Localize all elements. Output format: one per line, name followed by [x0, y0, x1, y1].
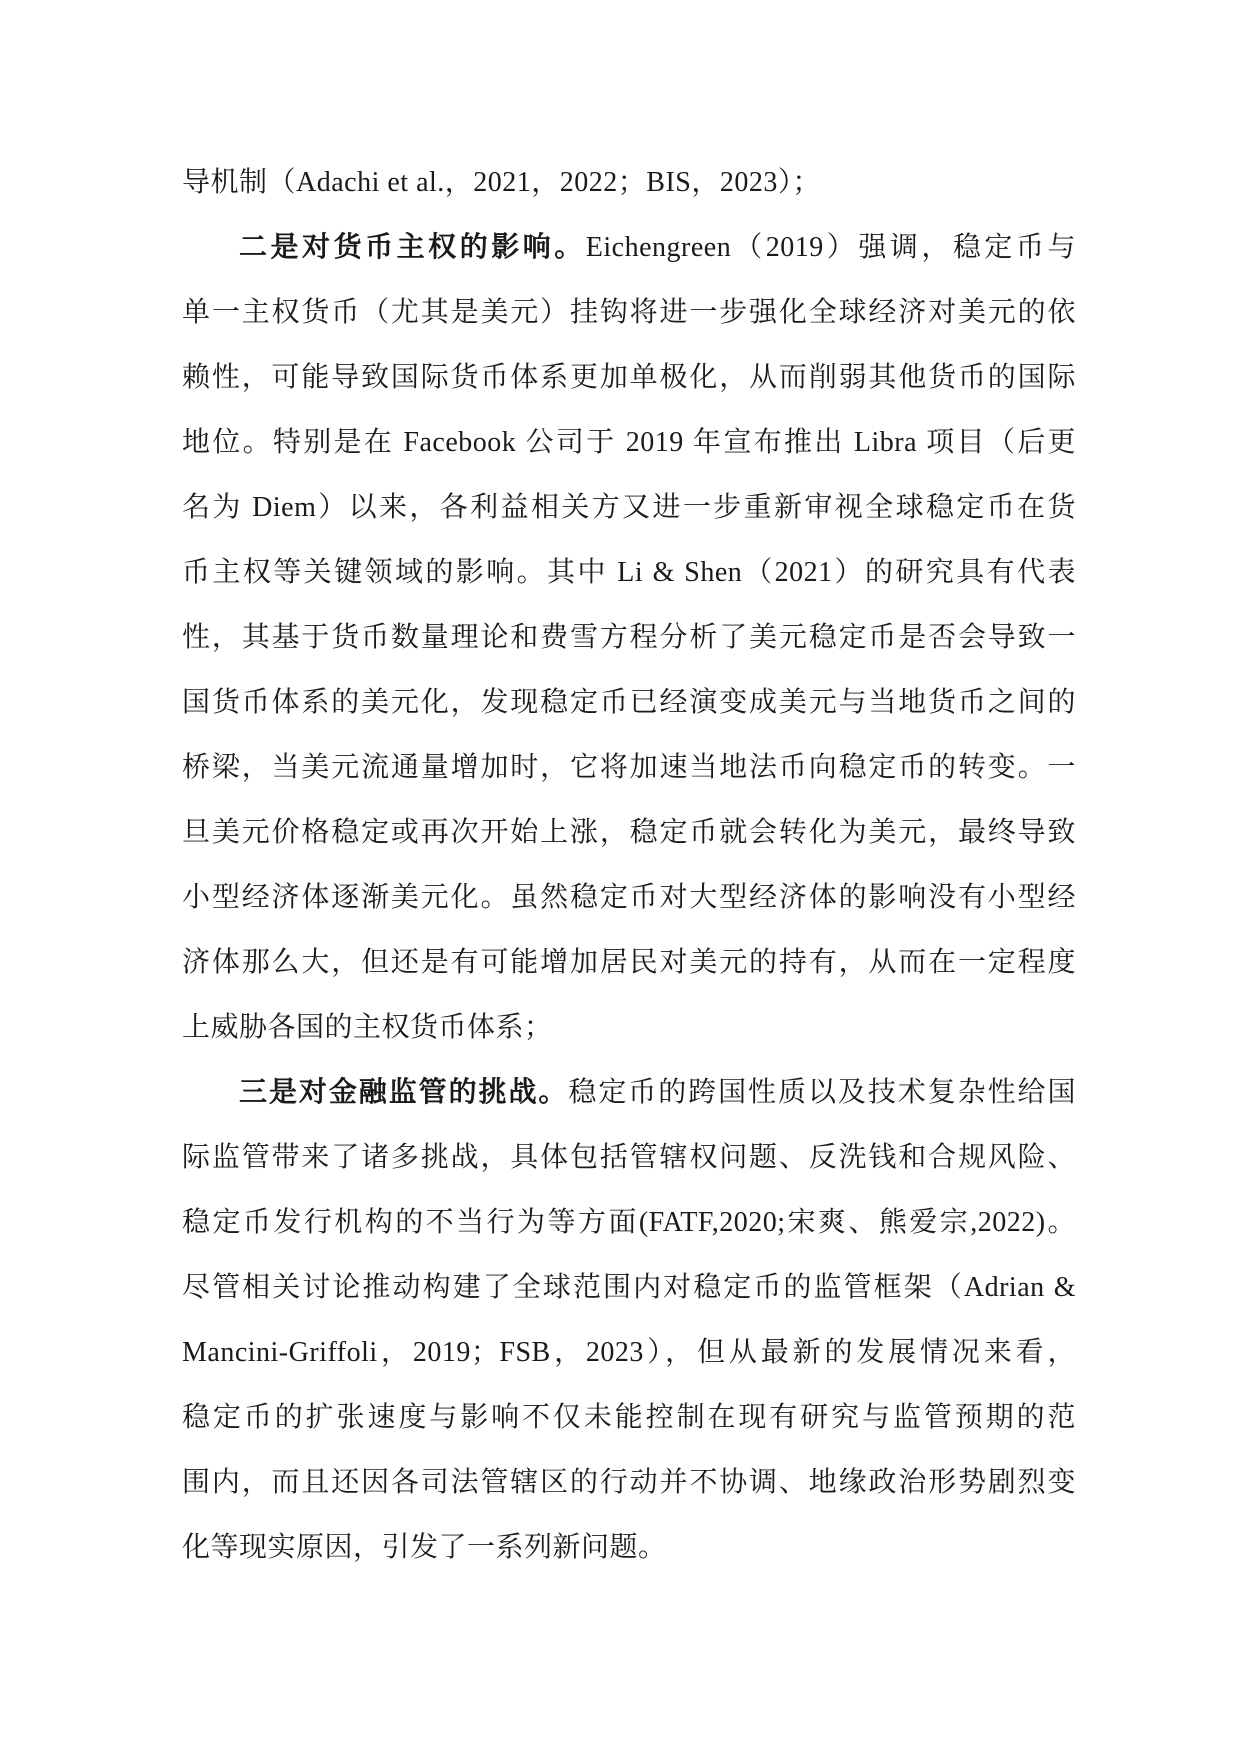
line-text: 性，其基于货币数量理论和费雪方程分析了美元稳定币是否会导致一 — [182, 622, 1076, 653]
text-line: 国货币体系的美元化，发现稳定币已经演变成美元与当地货币之间的 — [182, 670, 1076, 735]
line-text: 稳定币发行机构的不当行为等方面(FATF,2020;宋爽、熊爱宗,2022)。 — [182, 1207, 1076, 1238]
line-text: 导机制（Adachi et al.，2021，2022；BIS，2023）； — [182, 167, 821, 198]
document-body: 导机制（Adachi et al.，2021，2022；BIS，2023）；二是… — [182, 150, 1076, 1580]
document-page: 导机制（Adachi et al.，2021，2022；BIS，2023）；二是… — [0, 0, 1241, 1754]
line-text: 上威胁各国的主权货币体系； — [182, 1012, 553, 1043]
text-line: Mancini-Griffoli，2019；FSB，2023），但从最新的发展情… — [182, 1320, 1076, 1385]
line-text: 济体那么大，但还是有可能增加居民对美元的持有，从而在一定程度 — [182, 947, 1076, 978]
paragraph-heading: 三是对金融监管的挑战。 — [239, 1077, 568, 1108]
line-text: 赖性，可能导致国际货币体系更加单极化，从而削弱其他货币的国际 — [182, 362, 1076, 393]
text-line: 性，其基于货币数量理论和费雪方程分析了美元稳定币是否会导致一 — [182, 605, 1076, 670]
text-line: 稳定币的扩张速度与影响不仅未能控制在现有研究与监管预期的范 — [182, 1385, 1076, 1450]
text-line: 二是对货币主权的影响。Eichengreen（2019）强调，稳定币与 — [182, 215, 1076, 280]
text-line: 名为 Diem）以来，各利益相关方又进一步重新审视全球稳定币在货 — [182, 475, 1076, 540]
line-text: Eichengreen（2019）强调，稳定币与 — [586, 232, 1076, 263]
paragraph-heading: 二是对货币主权的影响。 — [239, 232, 586, 263]
line-text: 地位。特别是在 Facebook 公司于 2019 年宣布推出 Libra 项目… — [182, 427, 1076, 458]
text-line: 济体那么大，但还是有可能增加居民对美元的持有，从而在一定程度 — [182, 930, 1076, 995]
text-line: 围内，而且还因各司法管辖区的行动并不协调、地缘政治形势剧烈变 — [182, 1450, 1076, 1515]
text-line: 上威胁各国的主权货币体系； — [182, 995, 1076, 1060]
line-text: 稳定币的跨国性质以及技术复杂性给国 — [568, 1077, 1076, 1108]
text-line: 单一主权货币（尤其是美元）挂钩将进一步强化全球经济对美元的依 — [182, 280, 1076, 345]
text-line: 币主权等关键领域的影响。其中 Li & Shen（2021）的研究具有代表 — [182, 540, 1076, 605]
line-text: 桥梁，当美元流通量增加时，它将加速当地法币向稳定币的转变。一 — [182, 752, 1076, 783]
text-line: 旦美元价格稳定或再次开始上涨，稳定币就会转化为美元，最终导致 — [182, 800, 1076, 865]
text-line: 三是对金融监管的挑战。稳定币的跨国性质以及技术复杂性给国 — [182, 1060, 1076, 1125]
line-text: 单一主权货币（尤其是美元）挂钩将进一步强化全球经济对美元的依 — [182, 297, 1076, 328]
text-line: 小型经济体逐渐美元化。虽然稳定币对大型经济体的影响没有小型经 — [182, 865, 1076, 930]
line-text: 稳定币的扩张速度与影响不仅未能控制在现有研究与监管预期的范 — [182, 1402, 1076, 1433]
line-text: 国货币体系的美元化，发现稳定币已经演变成美元与当地货币之间的 — [182, 687, 1076, 718]
text-line: 化等现实原因，引发了一系列新问题。 — [182, 1515, 1076, 1580]
text-line: 尽管相关讨论推动构建了全球范围内对稳定币的监管框架（Adrian & — [182, 1255, 1076, 1320]
line-text: 围内，而且还因各司法管辖区的行动并不协调、地缘政治形势剧烈变 — [182, 1467, 1076, 1498]
text-line: 导机制（Adachi et al.，2021，2022；BIS，2023）； — [182, 150, 1076, 215]
line-text: 际监管带来了诸多挑战，具体包括管辖权问题、反洗钱和合规风险、 — [182, 1142, 1076, 1173]
line-text: 旦美元价格稳定或再次开始上涨，稳定币就会转化为美元，最终导致 — [182, 817, 1076, 848]
line-text: 化等现实原因，引发了一系列新问题。 — [182, 1532, 667, 1563]
line-text: 币主权等关键领域的影响。其中 Li & Shen（2021）的研究具有代表 — [182, 557, 1076, 588]
text-line: 桥梁，当美元流通量增加时，它将加速当地法币向稳定币的转变。一 — [182, 735, 1076, 800]
line-text: 名为 Diem）以来，各利益相关方又进一步重新审视全球稳定币在货 — [182, 492, 1076, 523]
text-line: 地位。特别是在 Facebook 公司于 2019 年宣布推出 Libra 项目… — [182, 410, 1076, 475]
line-text: 小型经济体逐渐美元化。虽然稳定币对大型经济体的影响没有小型经 — [182, 882, 1076, 913]
line-text: 尽管相关讨论推动构建了全球范围内对稳定币的监管框架（Adrian & — [182, 1272, 1076, 1303]
text-line: 赖性，可能导致国际货币体系更加单极化，从而削弱其他货币的国际 — [182, 345, 1076, 410]
line-text: Mancini-Griffoli，2019；FSB，2023），但从最新的发展情… — [182, 1337, 1076, 1368]
text-line: 际监管带来了诸多挑战，具体包括管辖权问题、反洗钱和合规风险、 — [182, 1125, 1076, 1190]
text-line: 稳定币发行机构的不当行为等方面(FATF,2020;宋爽、熊爱宗,2022)。 — [182, 1190, 1076, 1255]
